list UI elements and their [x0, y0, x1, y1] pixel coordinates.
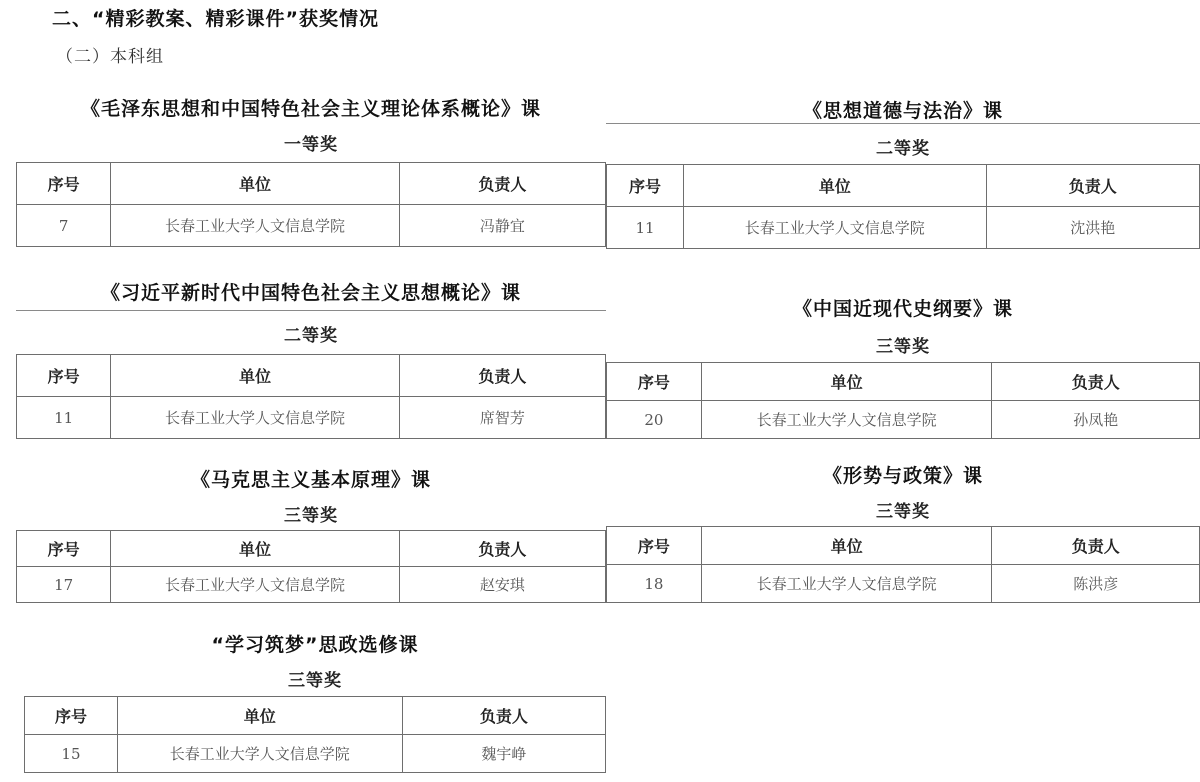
divider-line — [16, 310, 606, 311]
cell-unit: 长春工业大学人文信息学院 — [111, 205, 400, 247]
award-block-xi-thought: 《习近平新时代中国特色社会主义思想概论》课 二等奖 序号 单位 负责人 11 长… — [16, 278, 606, 443]
course-title: “学习筑梦”思政选修课 — [24, 630, 606, 657]
header-unit: 单位 — [684, 165, 986, 207]
award-table: 序号 单位 负责人 11 长春工业大学人文信息学院 席智芳 — [16, 354, 606, 439]
table-header-row: 序号 单位 负责人 — [607, 527, 1200, 565]
table-header-row: 序号 单位 负责人 — [17, 163, 606, 205]
award-table: 序号 单位 负责人 20 长春工业大学人文信息学院 孙凤艳 — [606, 362, 1200, 439]
course-title: 《中国近现代史纲要》课 — [606, 294, 1200, 321]
cell-unit: 长春工业大学人文信息学院 — [111, 567, 400, 603]
award-table: 序号 单位 负责人 18 长春工业大学人文信息学院 陈洪彦 — [606, 526, 1200, 603]
course-title: 《习近平新时代中国特色社会主义思想概论》课 — [16, 278, 606, 305]
header-unit: 单位 — [111, 355, 400, 397]
award-table: 序号 单位 负责人 15 长春工业大学人文信息学院 魏宇峥 — [24, 696, 606, 773]
cell-index: 11 — [607, 207, 684, 249]
award-block-marxism: 《马克思主义基本原理》课 三等奖 序号 单位 负责人 17 长春工业大学人文信息… — [16, 465, 606, 607]
award-table: 序号 单位 负责人 17 长春工业大学人文信息学院 赵安琪 — [16, 530, 606, 603]
award-block-ethics-law: 《思想道德与法治》课 二等奖 序号 单位 负责人 11 长春工业大学人文信息学院… — [606, 96, 1200, 252]
header-unit: 单位 — [117, 697, 402, 735]
header-unit: 单位 — [111, 531, 400, 567]
cell-owner: 孙凤艳 — [992, 401, 1200, 439]
course-title: 《形势与政策》课 — [606, 461, 1200, 488]
table-header-row: 序号 单位 负责人 — [17, 531, 606, 567]
subsection-heading: （二）本科组 — [56, 42, 164, 67]
table-row: 18 长春工业大学人文信息学院 陈洪彦 — [607, 565, 1200, 603]
header-owner: 负责人 — [399, 531, 605, 567]
table-row: 20 长春工业大学人文信息学院 孙凤艳 — [607, 401, 1200, 439]
header-index: 序号 — [607, 527, 702, 565]
header-index: 序号 — [17, 355, 111, 397]
table-row: 11 长春工业大学人文信息学院 沈洪艳 — [607, 207, 1200, 249]
cell-owner: 魏宇峥 — [402, 735, 605, 773]
cell-index: 18 — [607, 565, 702, 603]
header-unit: 单位 — [701, 363, 992, 401]
table-row: 15 长春工业大学人文信息学院 魏宇峥 — [25, 735, 606, 773]
course-title: 《思想道德与法治》课 — [606, 96, 1200, 123]
award-level: 三等奖 — [16, 501, 606, 526]
course-title: 《毛泽东思想和中国特色社会主义理论体系概论》课 — [16, 94, 606, 121]
cell-index: 11 — [17, 397, 111, 439]
award-block-situation-policy: 《形势与政策》课 三等奖 序号 单位 负责人 18 长春工业大学人文信息学院 陈… — [606, 461, 1200, 606]
cell-unit: 长春工业大学人文信息学院 — [701, 401, 992, 439]
award-table: 序号 单位 负责人 11 长春工业大学人文信息学院 沈洪艳 — [606, 164, 1200, 249]
cell-owner: 赵安琪 — [399, 567, 605, 603]
table-header-row: 序号 单位 负责人 — [25, 697, 606, 735]
header-owner: 负责人 — [399, 355, 605, 397]
award-level: 二等奖 — [16, 321, 606, 346]
header-owner: 负责人 — [402, 697, 605, 735]
header-unit: 单位 — [111, 163, 400, 205]
award-level: 三等奖 — [606, 497, 1200, 522]
cell-owner: 席智芳 — [399, 397, 605, 439]
header-unit: 单位 — [701, 527, 992, 565]
header-index: 序号 — [25, 697, 118, 735]
award-block-mao-theory: 《毛泽东思想和中国特色社会主义理论体系概论》课 一等奖 序号 单位 负责人 7 … — [16, 94, 606, 250]
award-block-elective: “学习筑梦”思政选修课 三等奖 序号 单位 负责人 15 长春工业大学人文信息学… — [24, 630, 606, 780]
header-owner: 负责人 — [992, 363, 1200, 401]
table-header-row: 序号 单位 负责人 — [607, 363, 1200, 401]
cell-unit: 长春工业大学人文信息学院 — [701, 565, 992, 603]
award-level: 三等奖 — [606, 332, 1200, 357]
table-row: 11 长春工业大学人文信息学院 席智芳 — [17, 397, 606, 439]
header-owner: 负责人 — [399, 163, 605, 205]
award-level: 三等奖 — [24, 666, 606, 691]
section-heading: 二、“精彩教案、精彩课件”获奖情况 — [52, 4, 379, 31]
header-index: 序号 — [17, 531, 111, 567]
cell-index: 17 — [17, 567, 111, 603]
cell-owner: 陈洪彦 — [992, 565, 1200, 603]
header-index: 序号 — [607, 363, 702, 401]
table-row: 17 长春工业大学人文信息学院 赵安琪 — [17, 567, 606, 603]
course-title: 《马克思主义基本原理》课 — [16, 465, 606, 492]
cell-unit: 长春工业大学人文信息学院 — [117, 735, 402, 773]
divider-line — [606, 123, 1200, 124]
cell-unit: 长春工业大学人文信息学院 — [684, 207, 986, 249]
header-index: 序号 — [17, 163, 111, 205]
award-level: 二等奖 — [606, 134, 1200, 159]
cell-owner: 冯静宜 — [399, 205, 605, 247]
table-header-row: 序号 单位 负责人 — [607, 165, 1200, 207]
cell-index: 7 — [17, 205, 111, 247]
cell-unit: 长春工业大学人文信息学院 — [111, 397, 400, 439]
header-owner: 负责人 — [986, 165, 1199, 207]
table-header-row: 序号 单位 负责人 — [17, 355, 606, 397]
cell-owner: 沈洪艳 — [986, 207, 1199, 249]
award-level: 一等奖 — [16, 130, 606, 155]
header-index: 序号 — [607, 165, 684, 207]
cell-index: 15 — [25, 735, 118, 773]
cell-index: 20 — [607, 401, 702, 439]
award-table: 序号 单位 负责人 7 长春工业大学人文信息学院 冯静宜 — [16, 162, 606, 247]
award-block-modern-history: 《中国近现代史纲要》课 三等奖 序号 单位 负责人 20 长春工业大学人文信息学… — [606, 294, 1200, 444]
table-row: 7 长春工业大学人文信息学院 冯静宜 — [17, 205, 606, 247]
header-owner: 负责人 — [992, 527, 1200, 565]
